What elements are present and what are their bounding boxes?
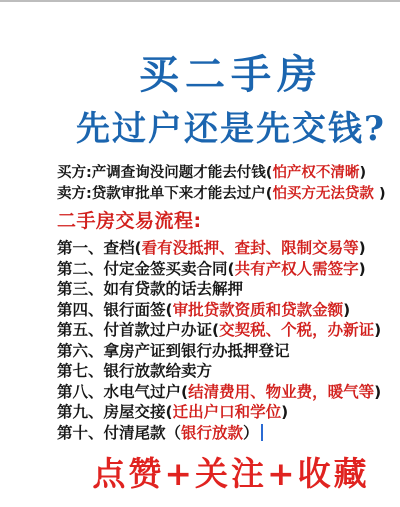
seller-concern-line: 卖方:贷款审批单下来才能去过户(怕买方无法贷款 ) xyxy=(57,184,374,205)
flow-step-highlight: 看有没抵押、查封、限制交易等 xyxy=(142,239,359,257)
seller-concern-suffix: ) xyxy=(374,186,386,202)
flow-step-4: 第四、银行面签(审批贷款资质和贷款金额) xyxy=(57,300,374,321)
seller-concern-highlight: 怕买方无法贷款 xyxy=(272,186,374,202)
flow-step-highlight: 结清费用、物业费，暖气等 xyxy=(188,383,374,401)
flow-step-6: 第六、拿房产证到银行办抵押登记 xyxy=(57,341,374,362)
flow-step-suffix: ） xyxy=(243,424,259,442)
flow-step-10: 第十、付清尾款（银行放款） xyxy=(57,423,374,444)
flow-step-suffix: ) xyxy=(359,260,366,278)
flow-step-highlight: 银行放款 xyxy=(181,424,243,442)
poster-page: 买二手房 先过户还是先交钱? 买方:产调查询没问题才能去付钱(怕产权不清晰) 卖… xyxy=(0,50,400,494)
flow-step-text: 第七、银行放款给卖方 xyxy=(57,362,212,380)
flow-step-8: 第八、水电气过户(结清费用、物业费，暖气等) xyxy=(57,382,374,403)
buyer-concern-highlight: 怕产权不清晰 xyxy=(272,165,359,181)
buyer-concern-suffix: ) xyxy=(359,165,366,181)
flow-step-text: 第六、拿房产证到银行办抵押登记 xyxy=(57,342,290,360)
flow-step-highlight: 迁出户口和学位 xyxy=(173,403,282,421)
flow-step-3: 第三、如有贷款的话去解押 xyxy=(57,279,374,300)
flow-step-text: 第十、付清尾款（ xyxy=(57,424,181,442)
sub-title: 先过户还是先交钱? xyxy=(57,108,400,150)
flow-step-9: 第九、房屋交接(迁出户口和学位) xyxy=(57,402,374,423)
flow-step-suffix: ) xyxy=(281,403,288,421)
flow-step-text: 第一、查档( xyxy=(57,239,142,257)
flow-step-2: 第二、付定金签买卖合同(共有产权人需签字) xyxy=(57,259,374,280)
flow-step-7: 第七、银行放款给卖方 xyxy=(57,361,374,382)
flow-step-text: 第三、如有贷款的话去解押 xyxy=(57,280,243,298)
flow-step-text: 第四、银行面签( xyxy=(57,301,173,319)
main-title: 买二手房 xyxy=(57,50,400,100)
flow-step-1: 第一、查档(看有没抵押、查封、限制交易等) xyxy=(57,238,374,259)
buyer-concern-line: 买方:产调查询没问题才能去付钱(怕产权不清晰) xyxy=(57,163,374,184)
flow-step-highlight: 交契税、个税，办新证 xyxy=(219,321,374,339)
flow-step-text: 第九、房屋交接( xyxy=(57,403,173,421)
flow-step-highlight: 审批贷款资质和贷款金额 xyxy=(173,301,344,319)
flow-step-suffix: ) xyxy=(343,301,350,319)
flow-step-highlight: 共有产权人需签字 xyxy=(235,260,359,278)
flow-step-suffix: ) xyxy=(374,383,381,401)
slogan: 点赞+关注+收藏 xyxy=(57,454,400,494)
flow-list: 第一、查档(看有没抵押、查封、限制交易等) 第二、付定金签买卖合同(共有产权人需… xyxy=(57,238,374,443)
text-cursor[interactable] xyxy=(261,424,264,441)
buyer-concern-text: 买方:产调查询没问题才能去付钱( xyxy=(57,165,272,181)
flow-step-5: 第五、付首款过户办证(交契税、个税，办新证) xyxy=(57,320,374,341)
flow-step-suffix: ) xyxy=(359,239,366,257)
flow-heading: 二手房交易流程: xyxy=(57,209,374,233)
poster-body: { "colors": { "blue": "#1b65af", "red": … xyxy=(0,0,400,507)
flow-step-text: 第二、付定金签买卖合同( xyxy=(57,260,235,278)
flow-step-text: 第八、水电气过户( xyxy=(57,383,188,401)
intro-section: 买方:产调查询没问题才能去付钱(怕产权不清晰) 卖方:贷款审批单下来才能去过户(… xyxy=(57,163,374,204)
top-border-line xyxy=(0,0,400,2)
seller-concern-text: 卖方:贷款审批单下来才能去过户( xyxy=(57,186,272,202)
flow-step-suffix: ) xyxy=(374,321,381,339)
flow-step-text: 第五、付首款过户办证( xyxy=(57,321,219,339)
